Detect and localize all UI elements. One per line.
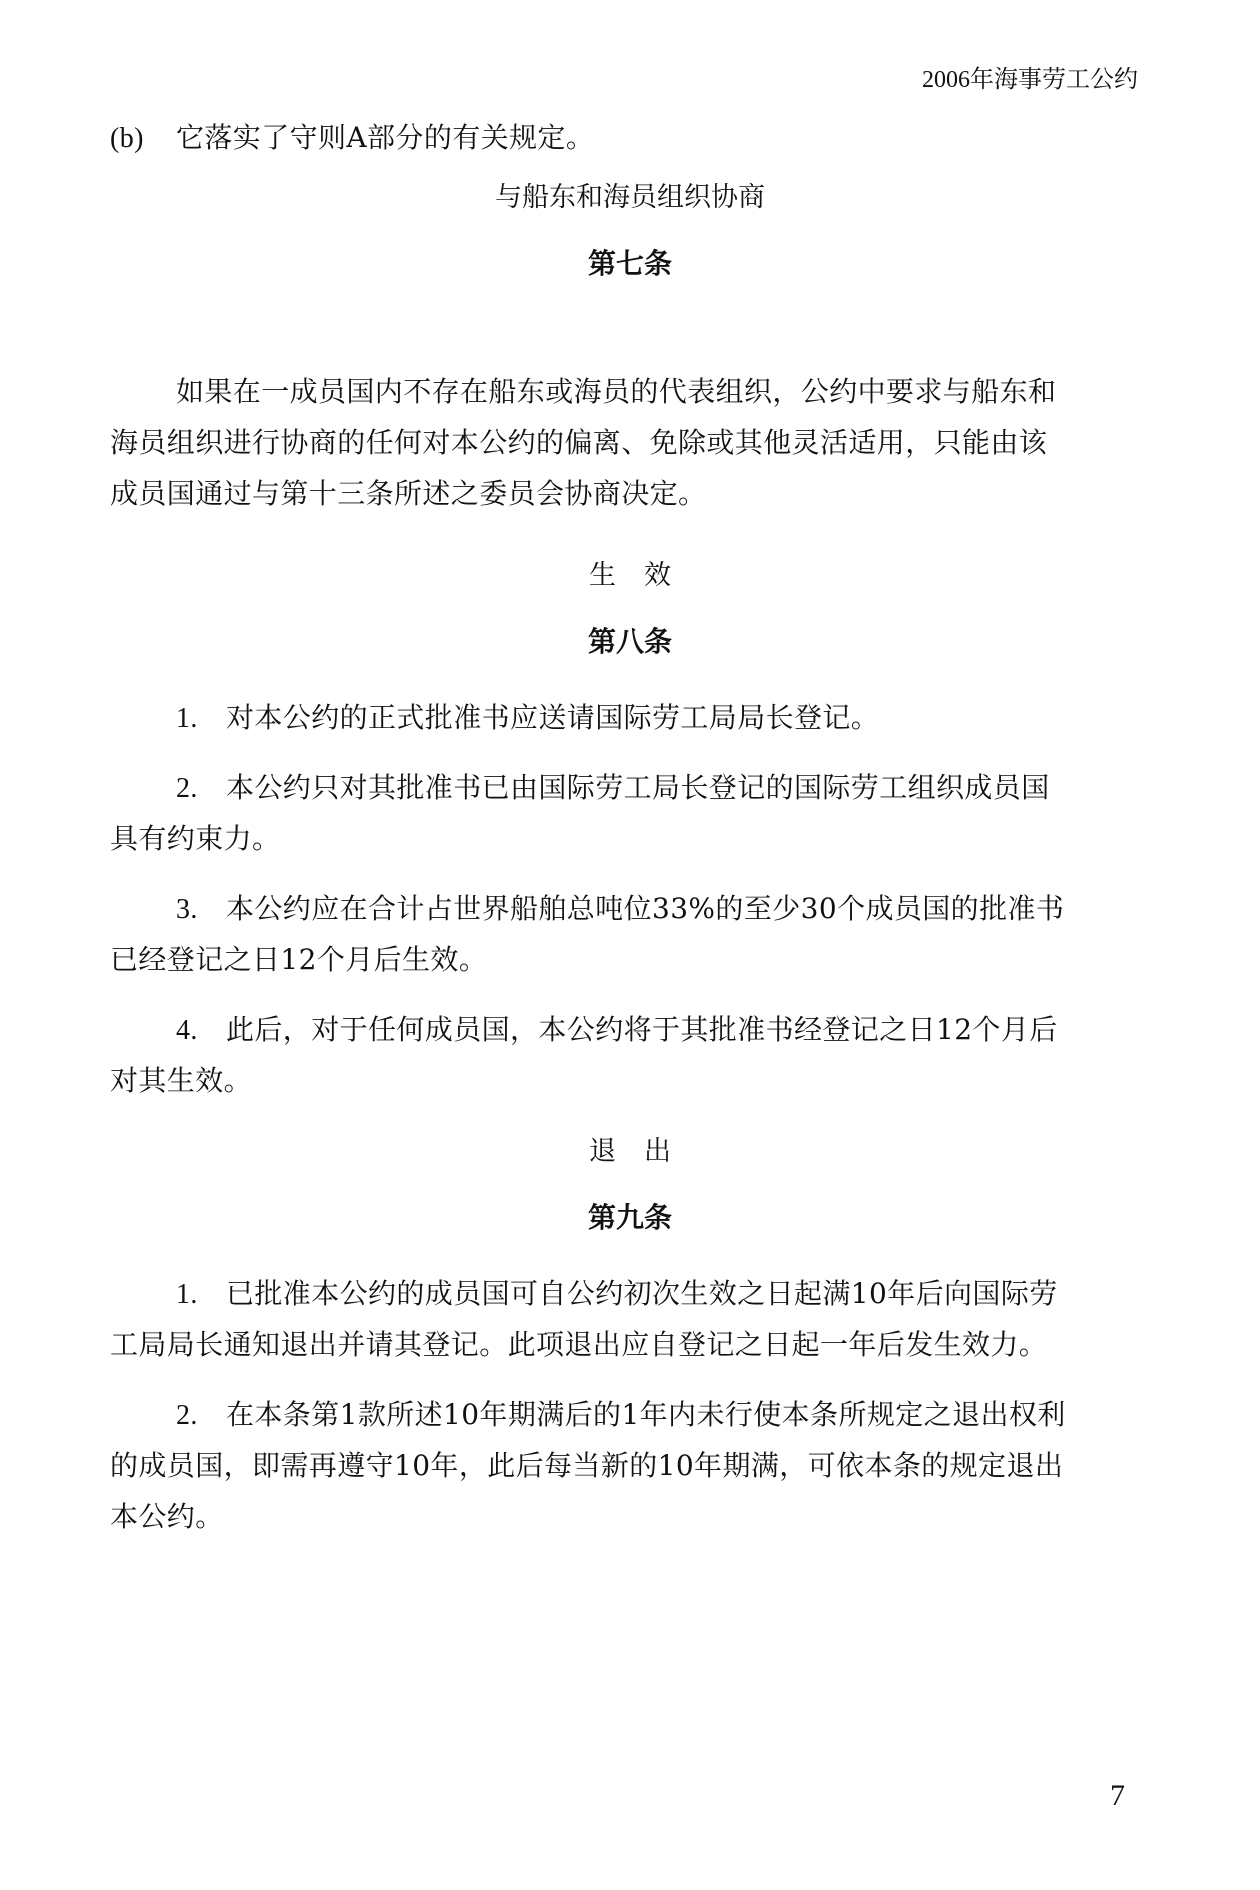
article-8-item-3: 3.本公约应在合计占世界船舶总吨位33%的至少30个成员国的批准书 已经登记之日… xyxy=(110,883,1140,985)
item-text: 此后，对于任何成员国，本公约将于其批准书经登记之日12个月后 xyxy=(226,1013,1058,1046)
item-text: 在本条第1款所述10年期满后的1年内未行使本条所规定之退出权利 xyxy=(226,1398,1066,1431)
article-8-item-1: 1.对本公约的正式批准书应送请国际劳工局局长登记。 xyxy=(110,692,1140,743)
section-title-text: 生效 xyxy=(561,560,699,591)
item-number: 1. xyxy=(176,1269,226,1320)
item-text: 具有约束力。 xyxy=(110,813,1140,864)
article-9-item-1: 1.已批准本公约的成员国可自公约初次生效之日起满10年后向国际劳 工局局长通知退… xyxy=(110,1268,1140,1370)
item-text: 对其生效。 xyxy=(110,1055,1140,1106)
article-9-item-2: 2.在本条第1款所述10年期满后的1年内未行使本条所规定之退出权利 的成员国，即… xyxy=(110,1389,1140,1542)
item-text: 对本公约的正式批准书应送请国际劳工局局长登记。 xyxy=(226,701,879,734)
item-number: 2. xyxy=(176,1390,226,1441)
article-9-title: 第九条 xyxy=(0,1198,1260,1238)
item-text: 本公约。 xyxy=(110,1491,1140,1542)
document-page: 2006年海事劳工公约 (b)它落实了守则A部分的有关规定。 与船东和海员组织协… xyxy=(0,0,1260,1890)
item-number: 1. xyxy=(176,693,226,744)
item-number: 3. xyxy=(176,884,226,935)
section-title-consultation: 与船东和海员组织协商 xyxy=(0,178,1260,218)
item-b-text: 它落实了守则A部分的有关规定。 xyxy=(176,121,594,154)
paragraph-line: 如果在一成员国内不存在船东或海员的代表组织，公约中要求与船东和 xyxy=(110,366,1140,417)
item-number: 4. xyxy=(176,1005,226,1056)
item-text: 已经登记之日12个月后生效。 xyxy=(110,934,1140,985)
article-8-item-2: 2.本公约只对其批准书已由国际劳工局长登记的国际劳工组织成员国 具有约束力。 xyxy=(110,762,1140,864)
running-header: 2006年海事劳工公约 xyxy=(922,64,1138,96)
item-text: 本公约应在合计占世界船舶总吨位33%的至少30个成员国的批准书 xyxy=(226,892,1064,925)
item-b-label: (b) xyxy=(110,113,176,164)
section-title-denunciation: 退出 xyxy=(0,1132,1260,1172)
item-b: (b)它落实了守则A部分的有关规定。 xyxy=(110,112,1140,163)
item-text: 已批准本公约的成员国可自公约初次生效之日起满10年后向国际劳 xyxy=(226,1277,1058,1310)
page-number: 7 xyxy=(1110,1778,1125,1814)
section-title-text: 退出 xyxy=(561,1136,699,1167)
article-8-items: 1.对本公约的正式批准书应送请国际劳工局局长登记。 2.本公约只对其批准书已由国… xyxy=(110,692,1140,1106)
item-text: 的成员国，即需再遵守10年，此后每当新的10年期满，可依本条的规定退出 xyxy=(110,1440,1140,1491)
article-7-title: 第七条 xyxy=(0,244,1260,284)
item-number: 2. xyxy=(176,763,226,814)
section-title-entry-into-force: 生效 xyxy=(0,556,1260,596)
article-9-items: 1.已批准本公约的成员国可自公约初次生效之日起满10年后向国际劳 工局局长通知退… xyxy=(110,1268,1140,1542)
item-text: 工局局长通知退出并请其登记。此项退出应自登记之日起一年后发生效力。 xyxy=(110,1319,1140,1370)
article-8-item-4: 4.此后，对于任何成员国，本公约将于其批准书经登记之日12个月后 对其生效。 xyxy=(110,1004,1140,1106)
paragraph-line: 海员组织进行协商的任何对本公约的偏离、免除或其他灵活适用，只能由该 xyxy=(110,417,1140,468)
paragraph-line: 成员国通过与第十三条所述之委员会协商决定。 xyxy=(110,468,1140,519)
article-8-title: 第八条 xyxy=(0,622,1260,662)
item-text: 本公约只对其批准书已由国际劳工局长登记的国际劳工组织成员国 xyxy=(226,771,1050,804)
article-7-paragraph: 如果在一成员国内不存在船东或海员的代表组织，公约中要求与船东和 海员组织进行协商… xyxy=(110,366,1140,519)
